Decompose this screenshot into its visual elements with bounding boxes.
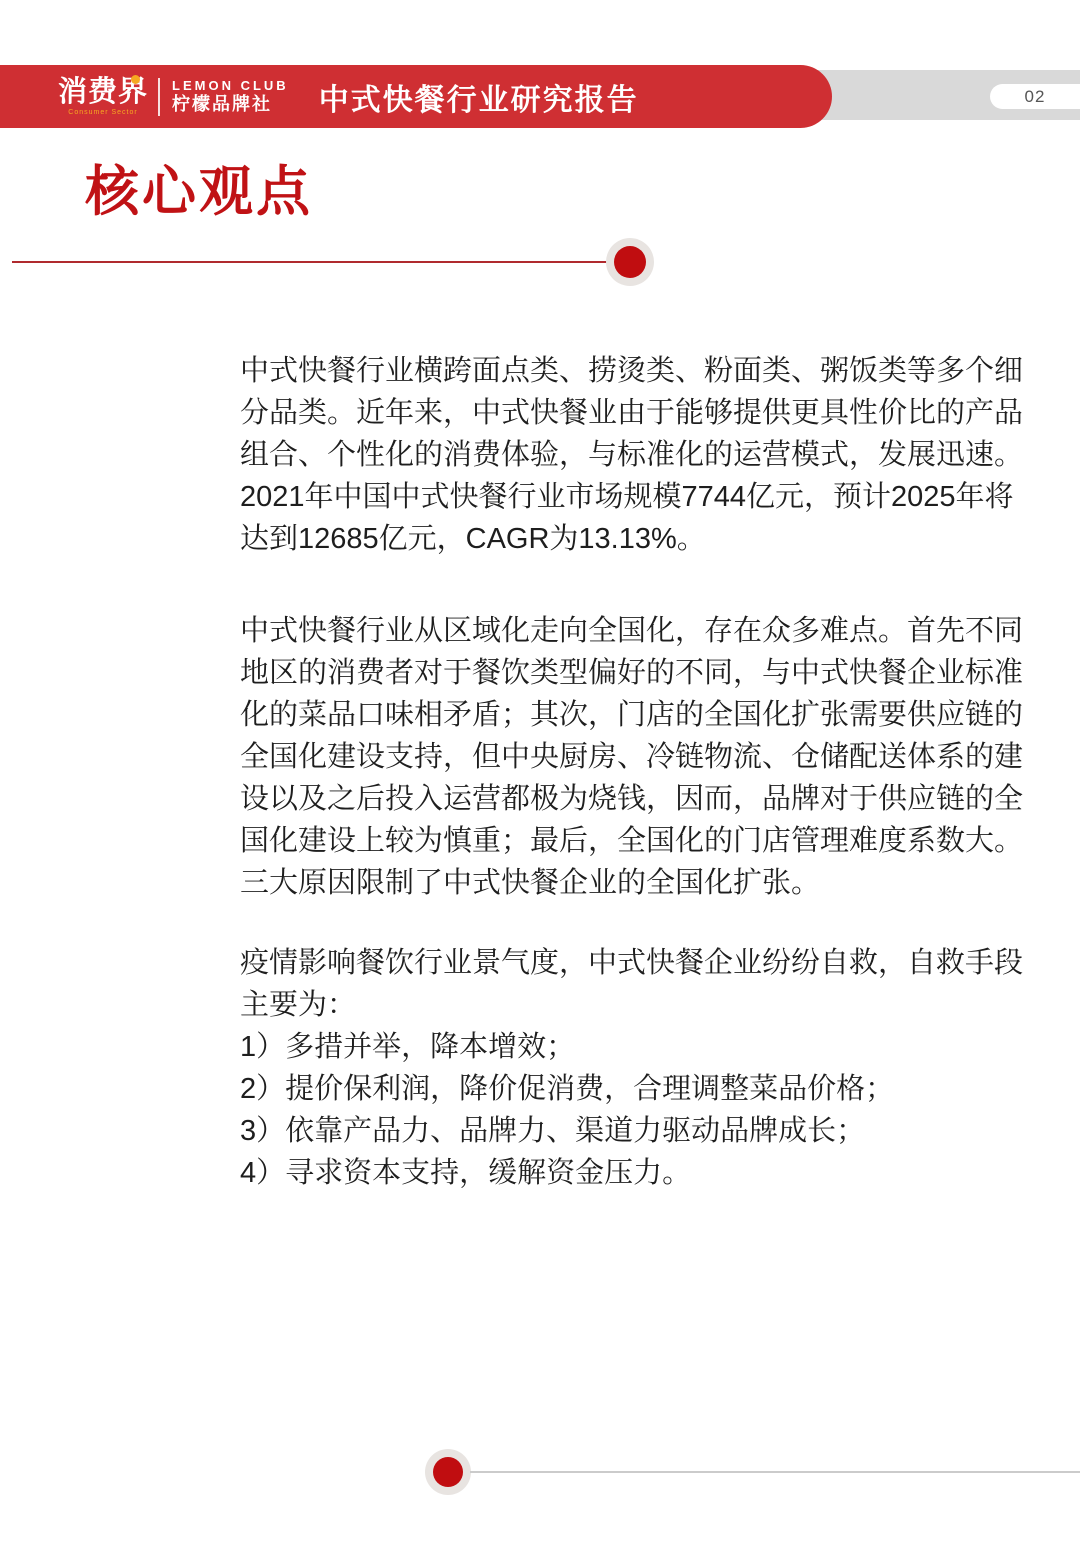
heading-dot-marker (606, 238, 654, 286)
text-line: 地区的消费者对于餐饮类型偏好的不同，与中式快餐企业标准 (240, 652, 1020, 694)
text-line: 疫情影响餐饮行业景气度，中式快餐企业纷纷自救，自救手段 (240, 942, 1020, 984)
report-page: 02 消费界 Consumer Sector LEMON CLUB 柠檬品牌社 … (0, 0, 1080, 1560)
page-number-badge: 02 (990, 84, 1080, 109)
text-line: 分品类。近年来，中式快餐业由于能够提供更具性价比的产品 (240, 392, 1020, 434)
list-item: 1）多措并举，降本增效； (240, 1026, 1020, 1068)
report-title: 中式快餐行业研究报告 (319, 75, 639, 119)
text-line: 化的菜品口味相矛盾；其次，门店的全国化扩张需要供应链的 (240, 694, 1020, 736)
list-item: 2）提价保利润，降价促消费，合理调整菜品价格； (240, 1068, 1020, 1110)
header-bar: 消费界 Consumer Sector LEMON CLUB 柠檬品牌社 中式快… (0, 65, 832, 128)
club-name-en: LEMON CLUB (172, 78, 289, 94)
text-line: 全国化建设支持，但中央厨房、冷链物流、仓储配送体系的建 (240, 736, 1020, 778)
body-text: 中式快餐行业横跨面点类、捞烫类、粉面类、粥饭类等多个细 分品类。近年来，中式快餐… (240, 350, 1020, 1194)
club-logo: LEMON CLUB 柠檬品牌社 (172, 78, 289, 115)
list-item: 4）寻求资本支持，缓解资金压力。 (240, 1152, 1020, 1194)
brand-logo: 消费界 Consumer Sector (58, 78, 148, 116)
section-heading: 核心观点 (85, 160, 313, 225)
footer-dot-marker (425, 1449, 471, 1495)
paragraph-3: 疫情影响餐饮行业景气度，中式快餐企业纷纷自救，自救手段 主要为： 1）多措并举，… (240, 942, 1020, 1194)
text-line: 中式快餐行业从区域化走向全国化，存在众多难点。首先不同 (240, 610, 1020, 652)
footer-dot-inner (433, 1457, 463, 1487)
logo-divider (158, 78, 160, 116)
club-name-cn: 柠檬品牌社 (172, 94, 289, 116)
heading-rule-line (12, 261, 612, 263)
heading-dot-inner (614, 246, 646, 278)
text-line: 设以及之后投入运营都极为烧钱，因而，品牌对于供应链的全 (240, 778, 1020, 820)
text-line: 三大原因限制了中式快餐企业的全国化扩张。 (240, 862, 1020, 904)
text-line: 主要为： (240, 984, 1020, 1026)
list-item: 3）依靠产品力、品牌力、渠道力驱动品牌成长； (240, 1110, 1020, 1152)
paragraph-2: 中式快餐行业从区域化走向全国化，存在众多难点。首先不同 地区的消费者对于餐饮类型… (240, 610, 1020, 904)
text-line: 达到12685亿元，CAGR为13.13%。 (240, 518, 1020, 560)
brand-dot-icon (131, 75, 140, 84)
logo: 消费界 Consumer Sector LEMON CLUB 柠檬品牌社 (58, 78, 289, 116)
text-line: 国化建设上较为慎重；最后，全国化的门店管理难度系数大。 (240, 820, 1020, 862)
page-number: 02 (1025, 87, 1046, 107)
text-line: 组合、个性化的消费体验，与标准化的运营模式，发展迅速。 (240, 434, 1020, 476)
brand-name-en: Consumer Sector (68, 109, 137, 116)
text-line: 2021年中国中式快餐行业市场规模7744亿元，预计2025年将 (240, 476, 1020, 518)
footer-rule-line (470, 1471, 1080, 1473)
text-line: 中式快餐行业横跨面点类、捞烫类、粉面类、粥饭类等多个细 (240, 350, 1020, 392)
paragraph-1: 中式快餐行业横跨面点类、捞烫类、粉面类、粥饭类等多个细 分品类。近年来，中式快餐… (240, 350, 1020, 560)
